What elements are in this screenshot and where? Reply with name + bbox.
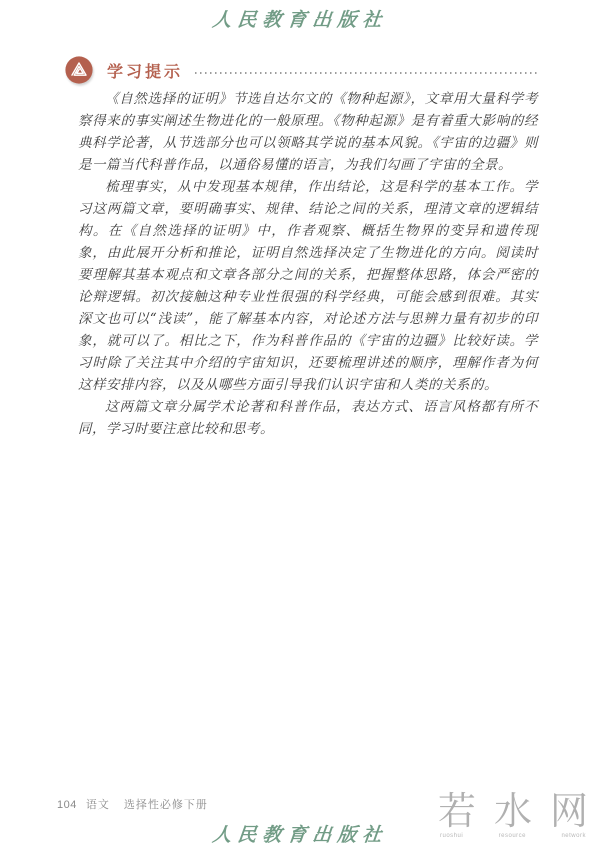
watermark-subword: ruoshui <box>440 833 463 839</box>
watermark-subword: network <box>561 833 586 839</box>
page-footer: 104 语文 选择性必修下册 <box>57 796 208 812</box>
paragraph-2: 梳理事实，从中发现基本规律，作出结论，这是科学的基本工作。学习这两篇文章，要明确… <box>78 176 538 396</box>
watermark-subword: resource <box>499 833 526 839</box>
textbook-page: 人民教育出版社 学习提示 《自然选择的证明》节选自达尔文的《物种起源》，文章用大… <box>0 0 600 848</box>
pep-spiral-triangle-icon <box>64 55 94 85</box>
paragraph-3: 这两篇文章分属学术论著和科普作品，表达方式、语言风格都有所不同，学习时要注意比较… <box>78 396 538 440</box>
watermark-characters: 若 水 网 <box>434 792 592 832</box>
footer-subject: 语文 <box>86 796 110 812</box>
paragraph-1: 《自然选择的证明》节选自达尔文的《物种起源》，文章用大量科学考察得来的事实阐述生… <box>78 88 538 176</box>
section-header: 学习提示 <box>64 54 538 86</box>
site-watermark: 若 水 网 ruoshui resource network <box>434 792 592 839</box>
section-title: 学习提示 <box>107 59 183 82</box>
watermark-char: 网 <box>550 792 588 832</box>
learning-tips-body: 《自然选择的证明》节选自达尔文的《物种起源》，文章用大量科学考察得来的事实阐述生… <box>78 88 538 440</box>
watermark-char: 若 <box>438 792 476 832</box>
page-number: 104 <box>57 799 77 811</box>
dotted-rule <box>195 71 538 74</box>
watermark-subtext: ruoshui resource network <box>434 833 592 839</box>
footer-volume: 选择性必修下册 <box>124 796 208 812</box>
watermark-char: 水 <box>494 792 532 832</box>
publisher-logo-top: 人民教育出版社 <box>0 5 600 32</box>
